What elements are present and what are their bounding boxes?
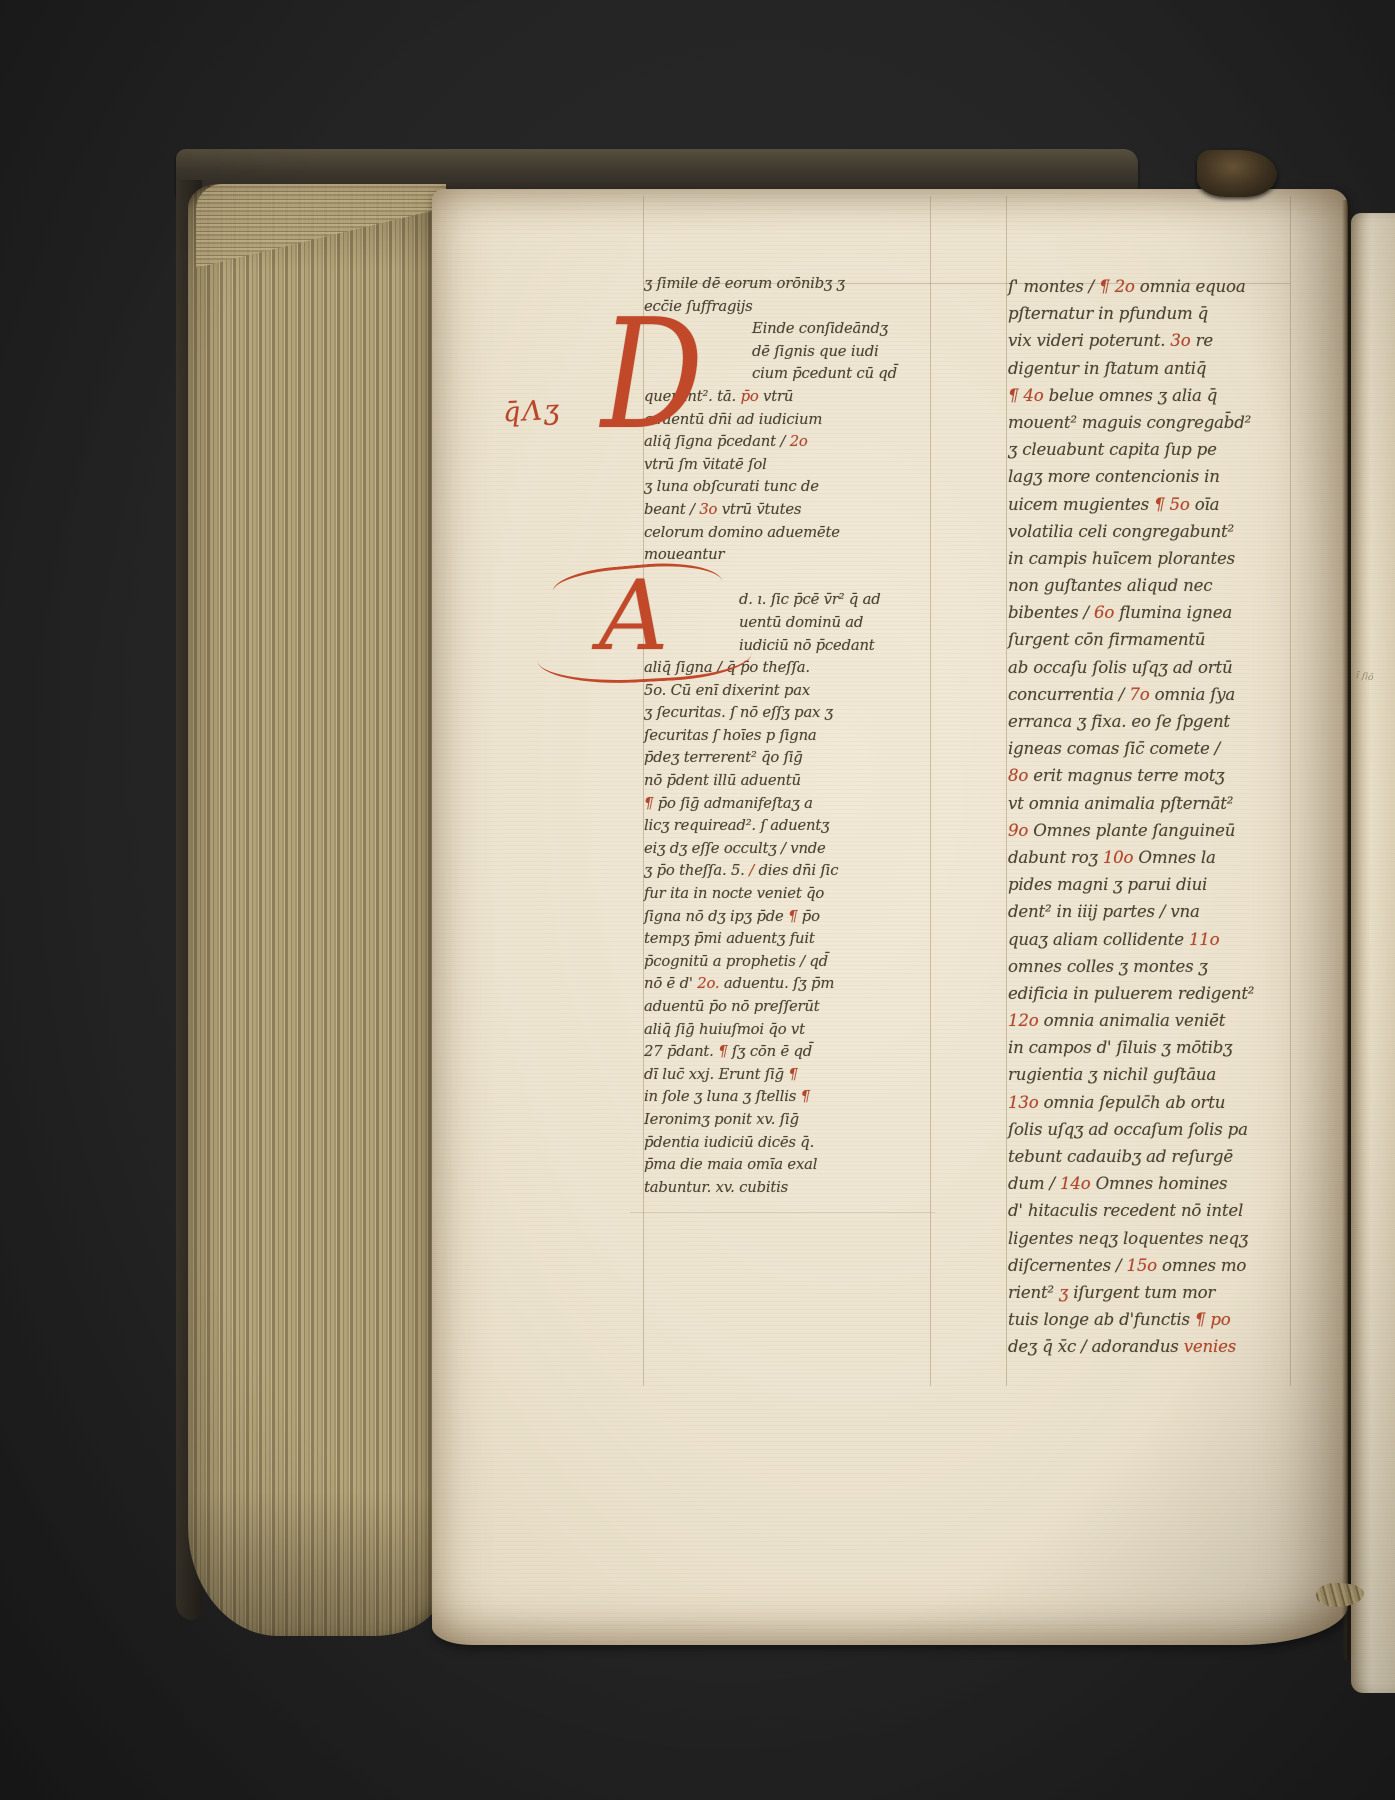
fore-edge-page-stack xyxy=(188,184,444,1636)
text-line: nō p̄dent illū aduentū xyxy=(644,770,938,793)
text-line: beant / 3o vtrū v̄tutes xyxy=(644,499,938,522)
text-line: aduentū p̄o nō preſſerūt xyxy=(644,996,938,1019)
rubric-mark: ¶ 5o xyxy=(1154,495,1190,514)
text-line: ſ' montes / ¶ 2o omnia equoa xyxy=(1008,273,1298,300)
text-line: ¶ p̄o ſiḡ admanifeſtaʒ a xyxy=(644,793,938,816)
rubric-mark: 2o. xyxy=(697,975,719,992)
text-line: vix videri poterunt. 3o re xyxy=(1008,327,1298,354)
text-line: p̄cognitū a prophetis / qd̄ xyxy=(644,951,938,974)
quire-mark: q̄Λʒ xyxy=(502,395,562,429)
text-line: ſolis uſqʒ ad occaſum ſolis pa xyxy=(1008,1116,1298,1143)
text-line: in campos d' ſiluis ʒ mōtibʒ xyxy=(1008,1034,1298,1061)
text-line: dent² in iiij partes / vna xyxy=(1008,898,1298,925)
text-line: dum / 14o Omnes homines xyxy=(1008,1170,1298,1197)
text-line: ſecuritas ſ hoīes p ſigna xyxy=(644,725,938,748)
text-line: mouent² maguis congregab̄d² xyxy=(1008,409,1298,436)
text-line: tebunt cadauibʒ ad reſurgē xyxy=(1008,1143,1298,1170)
text-line: igneas comas ſic̄ comete / xyxy=(1008,735,1298,762)
text-line: p̄ma die maia omīa exal xyxy=(644,1154,938,1177)
text-line: 27 p̄dant. ¶ ſʒ cōn ē qd̄ xyxy=(644,1041,938,1064)
text-line: 8o erit magnus terre motʒ xyxy=(1008,762,1298,789)
text-line: rient² ʒ iſurgent tum mor xyxy=(1008,1279,1298,1306)
text-line: omnes colles ʒ montes ʒ xyxy=(1008,953,1298,980)
text-line: digentur in ſtatum antiq̄ xyxy=(1008,355,1298,382)
text-line: deʒ q̄ x̄c / adorandus venies xyxy=(1008,1333,1298,1360)
text-line: 9o Omnes plante ſanguineū xyxy=(1008,817,1298,844)
rubric-mark: ¶ xyxy=(801,1088,810,1105)
rubricated-initial-D: D xyxy=(601,316,703,435)
text-line: rugientia ʒ nichil guſtāua xyxy=(1008,1061,1298,1088)
text-line: ab occaſu ſolis uſqʒ ad ortū xyxy=(1008,654,1298,681)
rubric-mark: venies xyxy=(1184,1337,1236,1356)
text-line: diſcernentes / 15o omnes mo xyxy=(1008,1252,1298,1279)
rubric-mark: / xyxy=(749,862,754,879)
text-line: volatilia celi congregabunt² xyxy=(1008,518,1298,545)
text-line: tabuntur. xv. cubitis xyxy=(644,1177,938,1200)
rubric-mark: 12o xyxy=(1008,1011,1039,1030)
text-line: non guſtantes aliqud nec xyxy=(1008,572,1298,599)
text-line: ſurgent cōn firmamentū xyxy=(1008,626,1298,653)
text-line: licʒ requiread². ſ aduentʒ xyxy=(644,815,938,838)
text-line: dabunt roʒ 10o Omnes la xyxy=(1008,844,1298,871)
text-line: quaʒ aliam collidente 11o xyxy=(1008,926,1298,953)
rubricated-initial-A: A xyxy=(599,577,668,656)
text-line: aliq̄ ſiḡ huiuſmoi q̄o vt xyxy=(644,1019,938,1042)
rubric-mark: 3o xyxy=(1170,331,1190,350)
text-line: tuis longe ab d'functis ¶ po xyxy=(1008,1306,1298,1333)
text-line: nō ē d' 2o. aduentu. ſʒ p̄m xyxy=(644,973,938,996)
text-line: ʒ cleuabunt capita ſup pe xyxy=(1008,436,1298,463)
headband-tab xyxy=(1197,150,1277,197)
text-line: 5o. Cū enī dixerint pax xyxy=(644,680,938,703)
text-line: ſigna nō dʒ ipʒ p̄de ¶ p̄o xyxy=(644,906,938,929)
rubric-mark: 6o xyxy=(1094,603,1114,622)
rubric-mark: ¶ 2o xyxy=(1099,277,1135,296)
rubric-mark: 9o xyxy=(1008,821,1028,840)
rubric-mark: 15o xyxy=(1126,1256,1157,1275)
text-line: uicem mugientes ¶ 5o oīa xyxy=(1008,491,1298,518)
rubric-mark: ¶ 4o xyxy=(1008,386,1044,405)
text-line: 13o omnia ſepulc̄h ab ortu xyxy=(1008,1089,1298,1116)
rubric-mark: 8o xyxy=(1008,766,1028,785)
text-line: ʒ luna obſcurati tunc de xyxy=(644,476,938,499)
text-line: d. ı. ſic p̄cē v̄r² q̄ ad xyxy=(644,589,938,612)
text-line: in campis huīcem plorantes xyxy=(1008,545,1298,572)
rubric-mark: p̄o xyxy=(741,388,759,405)
text-line: ʒ p̄o theſſa. 5. / dies dn̄i ſic xyxy=(644,860,938,883)
rubric-mark: 2o xyxy=(790,433,808,450)
ruling-line-col2-left xyxy=(1006,196,1007,1386)
rubric-mark: 7o xyxy=(1129,685,1149,704)
text-line: ʒ ſecuritas. ſ nō eſſʒ pax ʒ xyxy=(644,702,938,725)
text-line: Ieronimʒ ponit xv. ſiḡ xyxy=(644,1109,938,1132)
facing-page-edge xyxy=(1351,213,1395,1693)
rubric-mark: ¶ xyxy=(788,1066,797,1083)
rubric-mark: ¶ xyxy=(718,1043,727,1060)
text-line: celorum domino aduemēte xyxy=(644,522,938,545)
text-line: pides magni ʒ parui diui xyxy=(1008,871,1298,898)
text-line: ¶ 4o belue omnes ʒ alia q̄ xyxy=(1008,382,1298,409)
rubric-mark: 14o xyxy=(1060,1174,1091,1193)
rubric-mark: 11o xyxy=(1189,930,1220,949)
text-line: lagʒ more contencionis in xyxy=(1008,463,1298,490)
rubric-mark: ʒ xyxy=(1059,1283,1068,1302)
text-line: in ſole ʒ luna ʒ ſtellis ¶ xyxy=(644,1086,938,1109)
text-column-right: ſ' montes / ¶ 2o omnia equoapſternatur i… xyxy=(1008,273,1298,1361)
text-line: moueantur xyxy=(644,544,938,567)
rubric-mark: 13o xyxy=(1008,1093,1039,1112)
text-line: pſternatur in pfundum q̄ xyxy=(1008,300,1298,327)
text-line: eiʒ dʒ eſſe occultʒ / vnde xyxy=(644,838,938,861)
text-line: d' hitaculis recedent nō intel xyxy=(1008,1197,1298,1224)
text-line: 12o omnia animalia veniēt xyxy=(1008,1007,1298,1034)
manuscript-photo: q̄Λʒ ī ſiō D A ʒ ſimile dē eorum orōnibʒ… xyxy=(0,0,1395,1800)
rubric-mark: ¶ xyxy=(644,795,653,812)
text-line: p̄deʒ terrerent² q̄o ſiḡ xyxy=(644,747,938,770)
text-line: bibentes / 6o flumina ignea xyxy=(1008,599,1298,626)
text-line: p̄dentia iudiciū dicēs q̄. xyxy=(644,1132,938,1155)
rubric-mark: ¶ po xyxy=(1195,1310,1231,1329)
ruling-line-col1-bottom xyxy=(630,1212,935,1213)
text-line: vt omnia animalia pſternāt² xyxy=(1008,790,1298,817)
rubric-mark: ¶ xyxy=(788,908,797,925)
text-line: fur ita in nocte veniet q̄o xyxy=(644,883,938,906)
text-line: uentū dominū ad xyxy=(644,612,938,635)
rubric-mark: 10o xyxy=(1103,848,1134,867)
text-line: ligentes neqʒ loquentes neqʒ xyxy=(1008,1225,1298,1252)
text-line: dī luc̄ xxj. Erunt ſiḡ ¶ xyxy=(644,1064,938,1087)
text-line: edificia in puluerem redigent² xyxy=(1008,980,1298,1007)
rubric-mark: 3o xyxy=(699,501,717,518)
text-line: concurrentia / 7o omnia ſya xyxy=(1008,681,1298,708)
text-line: erranca ʒ fixa. eo ſe ſpgent xyxy=(1008,708,1298,735)
text-line: tempʒ p̄mi aduentʒ fuit xyxy=(644,928,938,951)
